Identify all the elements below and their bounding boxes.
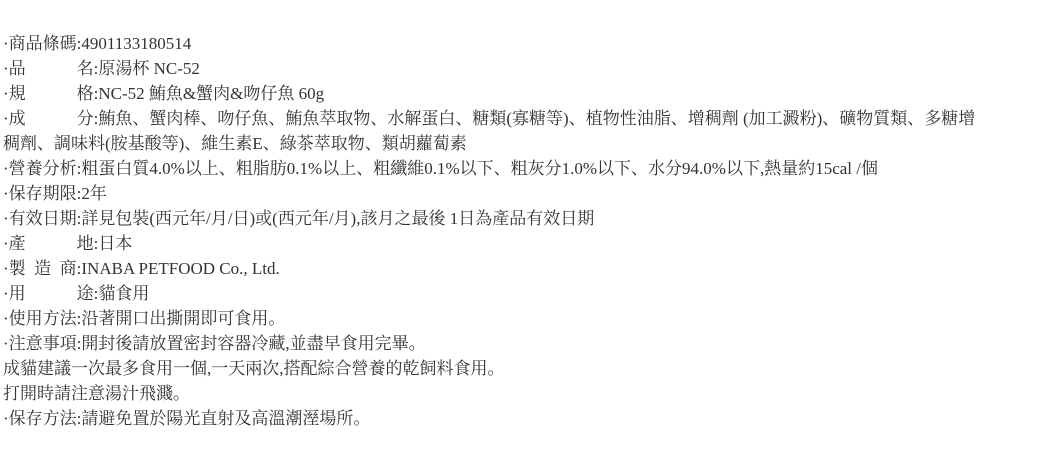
info-line-precautions: ·注意事項:開封後請放置密封容器冷藏,並盡早食用完畢。 [3, 331, 1055, 356]
info-line-product-name: ·品 名:原湯杯 NC-52 [3, 56, 1055, 81]
info-line-storage-method: ·保存方法:請避免置於陽光直射及高溫潮溼場所。 [3, 406, 1055, 431]
info-line-ingredients-cont: 稠劑、調味料(胺基酸等)、維生素E、綠茶萃取物、類胡蘿蔔素 [3, 131, 1055, 156]
info-line-feeding-suggestion: 成貓建議一次最多食用一個,一天兩次,搭配綜合營養的乾飼料食用。 [3, 356, 1055, 381]
info-line-nutrition-analysis: ·營養分析:粗蛋白質4.0%以上、粗脂肪0.1%以上、粗纖維0.1%以下、粗灰分… [3, 156, 1055, 181]
info-line-origin: ·產 地:日本 [3, 231, 1055, 256]
product-info-block: ·商品條碼:4901133180514 ·品 名:原湯杯 NC-52 ·規 格:… [0, 0, 1055, 431]
info-line-usage-method: ·使用方法:沿著開口出撕開即可食用。 [3, 306, 1055, 331]
info-line-manufacturer: ·製 造 商:INABA PETFOOD Co., Ltd. [3, 256, 1055, 281]
info-line-expiry-date: ·有效日期:詳見包裝(西元年/月/日)或(西元年/月),該月之最後 1日為產品有… [3, 206, 1055, 231]
info-line-shelf-life: ·保存期限:2年 [3, 181, 1055, 206]
info-line-usage-purpose: ·用 途:貓食用 [3, 281, 1055, 306]
info-line-ingredients: ·成 分:鮪魚、蟹肉棒、吻仔魚、鮪魚萃取物、水解蛋白、糖類(寡糖等)、植物性油脂… [3, 106, 1055, 131]
info-line-splash-warning: 打開時請注意湯汁飛濺。 [3, 381, 1055, 406]
info-line-specification: ·規 格:NC-52 鮪魚&蟹肉&吻仔魚 60g [3, 81, 1055, 106]
info-line-barcode: ·商品條碼:4901133180514 [3, 31, 1055, 56]
